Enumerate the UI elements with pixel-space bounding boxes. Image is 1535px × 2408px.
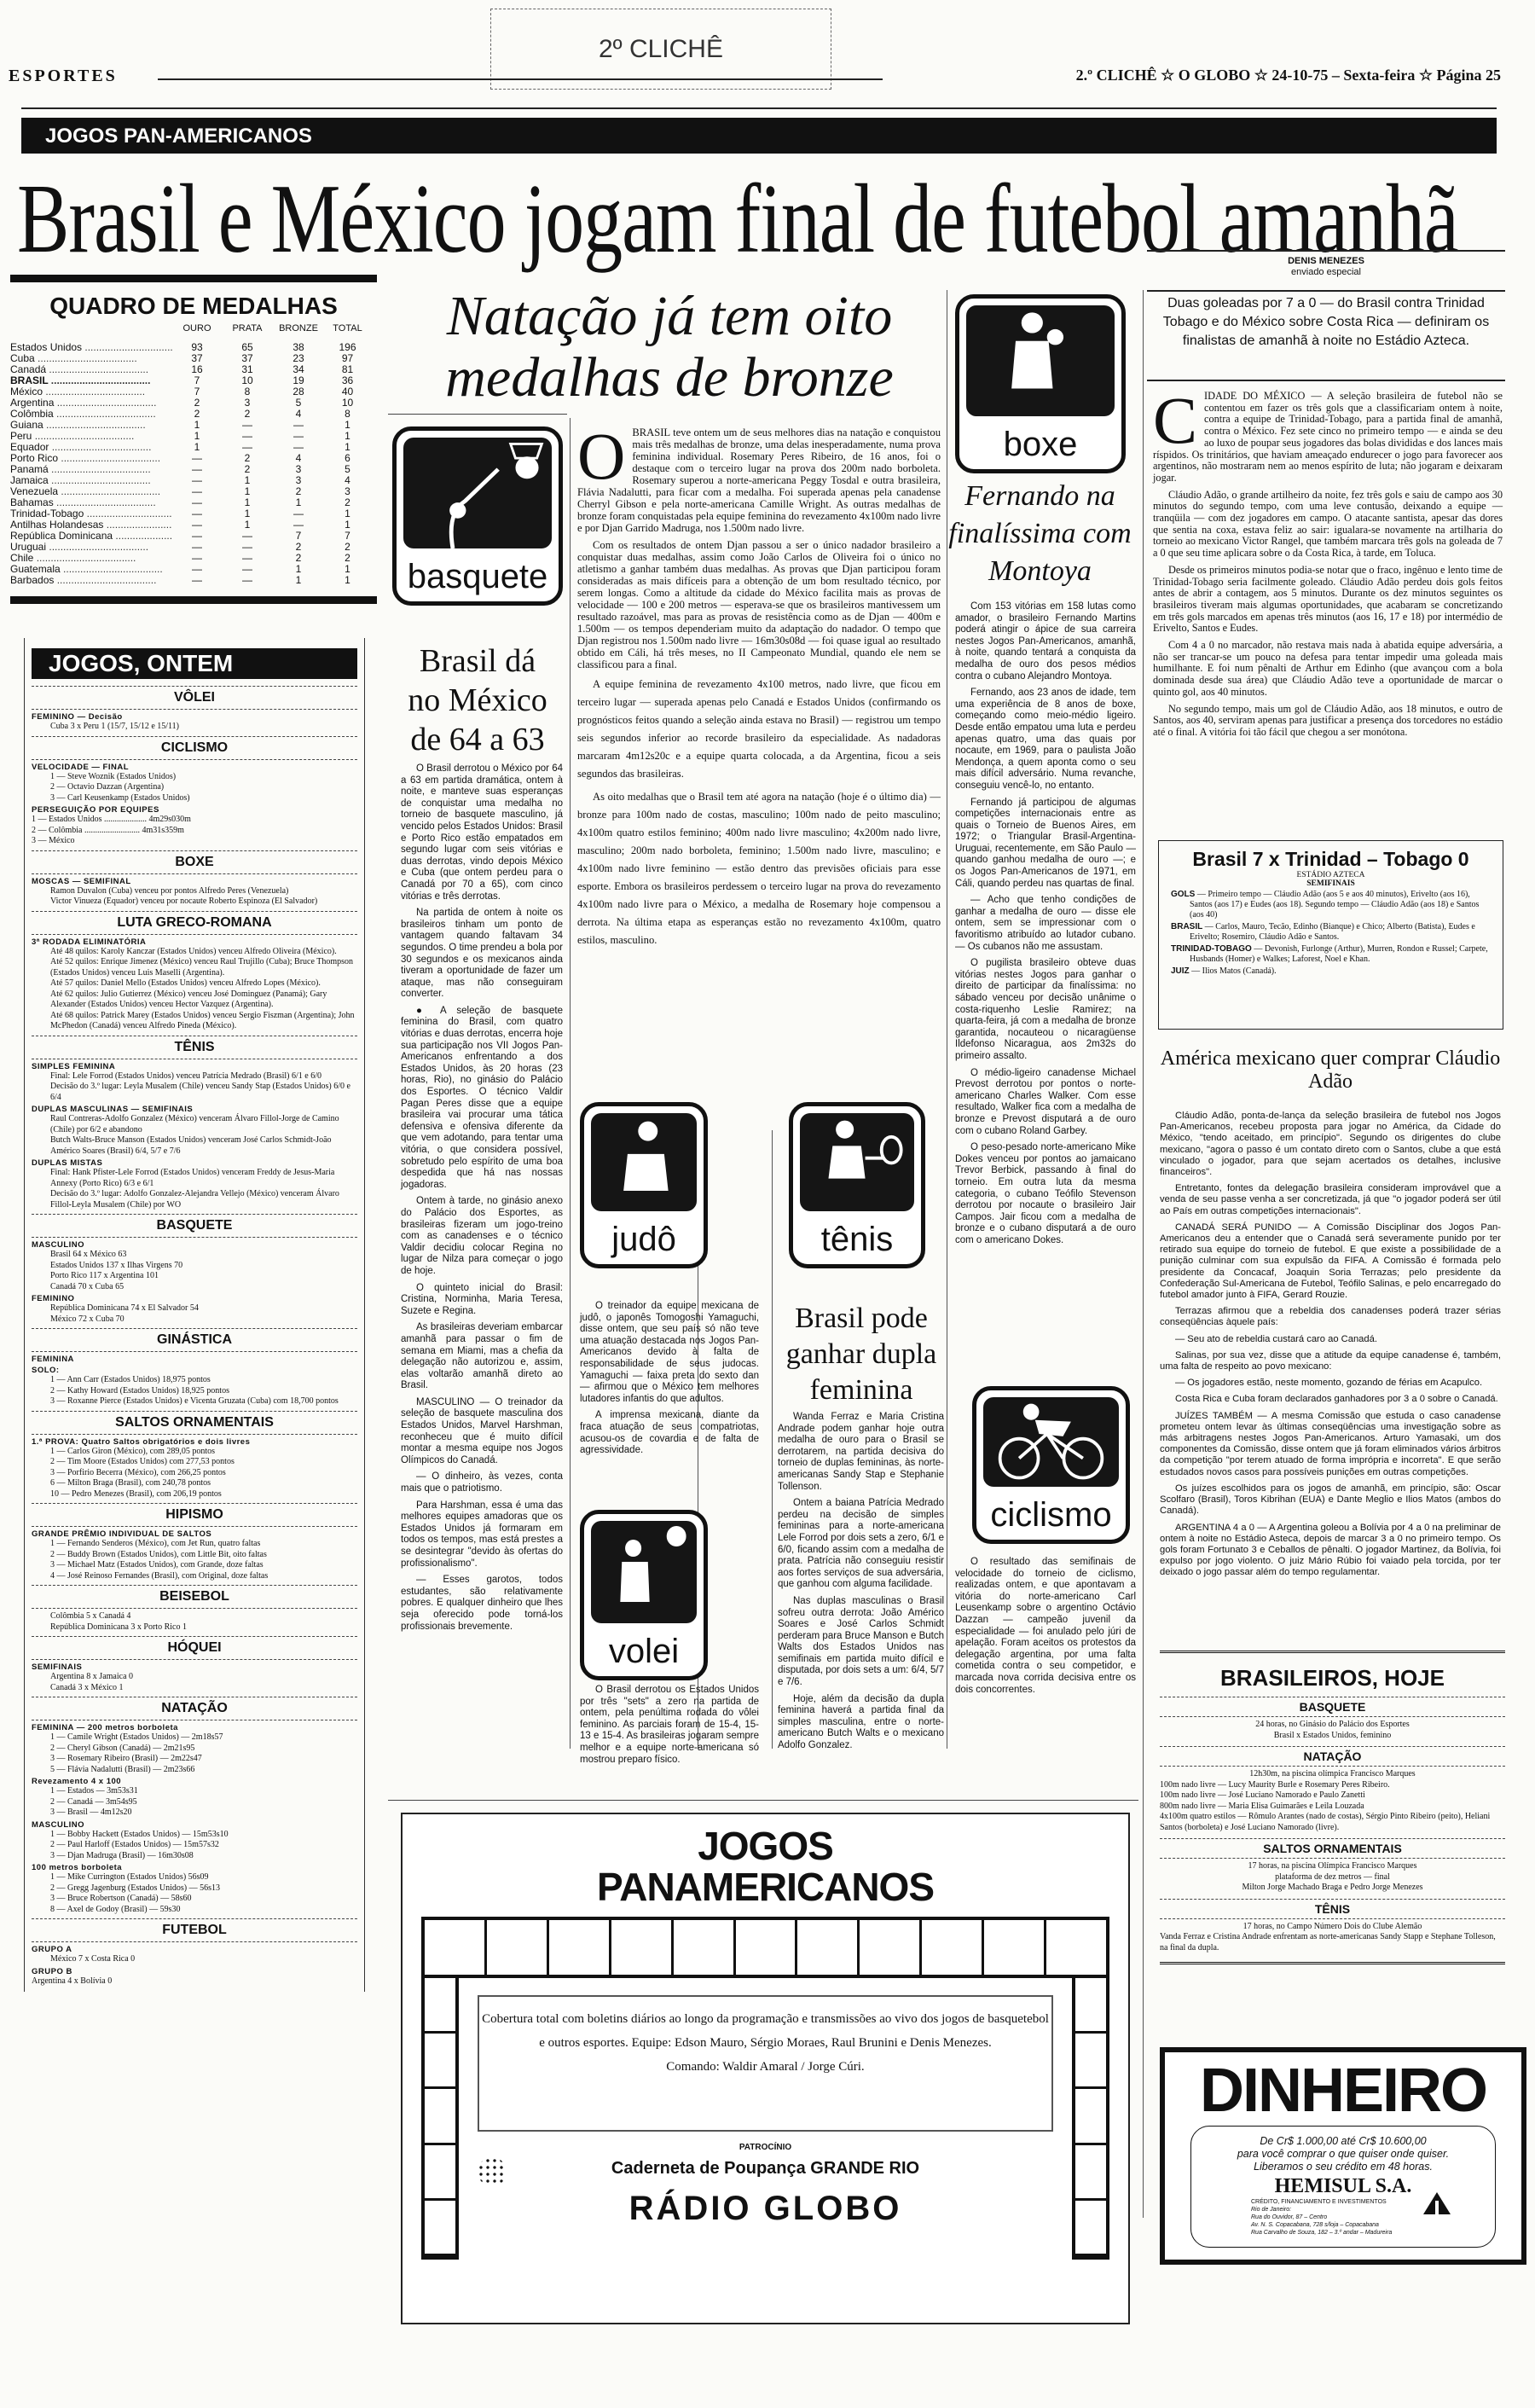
- result-subheading: 100 metros borboleta: [32, 1863, 357, 1872]
- byline-role: enviado especial: [1147, 267, 1505, 278]
- result-line: Até 57 quilos: Daniel Mello (Estados Uni…: [32, 978, 357, 989]
- paragraph: Fernando, aos 23 anos de idade, tem uma …: [955, 688, 1136, 792]
- result-line: Canadá 3 x México 1: [32, 1683, 357, 1694]
- country-name: Argentina: [10, 397, 172, 409]
- result-line: Ramon Duvalon (Cuba) venceu por pontos A…: [32, 886, 357, 897]
- country-name: BRASIL: [10, 375, 172, 386]
- paragraph: Na partida de ontem à noite os brasileir…: [401, 908, 563, 1001]
- result-line: 3 — Brasil — 4m12s20: [32, 1807, 357, 1819]
- hoje-sport-heading: NATAÇÃO: [1160, 1746, 1505, 1767]
- medal-row: Barbados——11: [10, 575, 377, 586]
- result-line: 3 — Carl Keusenkamp (Estados Unidos): [32, 793, 357, 804]
- tenis-label: tênis: [793, 1221, 921, 1259]
- hoje-line: plataforma de dez metros — final: [1160, 1872, 1505, 1883]
- hoje-sport-heading: TÊNIS: [1160, 1899, 1505, 1919]
- paragraph: A equipe feminina de revezamento 4x100 m…: [577, 676, 941, 783]
- jogos-panamericanos-ad: JOGOS PANAMERICANOS Cobertura total com …: [401, 1813, 1130, 2324]
- result-subheading: GRUPO B: [32, 1967, 357, 1976]
- country-name: Canadá: [10, 364, 172, 375]
- result-subheading: 1.ª PROVA: Quatro Saltos obrigatórios e …: [32, 1437, 357, 1447]
- dinheiro-ad-inner: De Cr$ 1.000,00 até Cr$ 10.600,00 para v…: [1190, 2126, 1496, 2248]
- football-icon: [797, 1920, 860, 1975]
- boxe-pictogram: boxe: [955, 294, 1126, 473]
- scorebox-venue: ESTÁDIO AZTECA: [1171, 871, 1491, 879]
- boxer-icon: [966, 305, 1115, 416]
- paragraph: Wanda Ferraz e Maria Cristina Andrade po…: [778, 1412, 944, 1493]
- col-bronze: BRONZE: [273, 323, 324, 334]
- paragraph: Com 4 a 0 no marcador, não restava mais …: [1153, 640, 1503, 699]
- dinheiro-line1: De Cr$ 1.000,00 até Cr$ 10.600,00: [1191, 2135, 1495, 2148]
- sport-heading: BOXE: [32, 850, 357, 874]
- result-line: 1 — Ann Carr (Estados Unidos) 18,975 pon…: [32, 1375, 357, 1386]
- column-rule: [947, 290, 947, 1749]
- match-scorebox: Brasil 7 x Trinidad – Tobago 0 ESTÁDIO A…: [1158, 840, 1503, 1030]
- medal-row: Colômbia2248: [10, 409, 377, 420]
- result-subheading: Revezamento 4 x 100: [32, 1777, 357, 1786]
- paragraph: MASCULINO — O treinador da seleção de ba…: [401, 1397, 563, 1467]
- divider: [1147, 380, 1505, 381]
- ad-copy-command: Comando: Waldir Amaral / Jorge Cúri.: [479, 2055, 1051, 2079]
- result-subheading: MASCULINO: [32, 1240, 357, 1250]
- result-line: Brasil 64 x México 63: [32, 1250, 357, 1261]
- hoje-line: 4x100m quatro estilos — Rômulo Arantes (…: [1160, 1812, 1505, 1833]
- result-line: 6 — Milton Braga (Brasil), com 240,78 po…: [32, 1478, 357, 1489]
- judo-article-body: O treinador da equipe mexicana de judô, …: [580, 1301, 759, 1462]
- dupla-article-body: Wanda Ferraz e Maria Cristina Andrade po…: [778, 1412, 944, 1757]
- result-line: 1 — Mike Currington (Estados Unidos) 56s…: [32, 1872, 357, 1883]
- futebol-article-body: C IDADE DO MÉXICO — A seleção brasileira…: [1153, 391, 1503, 744]
- col-total: TOTAL: [324, 323, 371, 334]
- country-name: Guiana: [10, 420, 172, 431]
- result-line: 3 — México: [32, 836, 357, 847]
- cyclist-icon: [983, 1397, 1119, 1487]
- paragraph: A imprensa mexicana, diante da fraca atu…: [580, 1410, 759, 1456]
- sport-heading: CICLISMO: [32, 736, 357, 760]
- sport-heading: NATAÇÃO: [32, 1697, 357, 1720]
- country-name: México: [10, 386, 172, 397]
- result-subheading: FEMININA: [32, 1355, 357, 1364]
- paragraph: O pugilista brasileiro obteve duas vitór…: [955, 958, 1136, 1062]
- result-subheading: VELOCIDADE — FINAL: [32, 763, 357, 772]
- scorebox-line: JUIZ — Ilios Matos (Canadá).: [1171, 966, 1491, 977]
- volleyball-icon: [922, 1920, 984, 1975]
- paragraph: CANADÁ SERÁ PUNIDO — A Comissão Discipli…: [1160, 1222, 1501, 1301]
- sport-heading: SALTOS ORNAMENTAIS: [32, 1411, 357, 1435]
- country-name: Barbados: [10, 575, 172, 586]
- result-line: México 72 x Cuba 70: [32, 1314, 357, 1326]
- result-line: 3 — Djan Madruga (Brasil) — 16m30s08: [32, 1851, 357, 1862]
- dropcap: C: [1153, 392, 1197, 449]
- result-line: 1 — Bobby Hackett (Estados Unidos) — 15m…: [32, 1830, 357, 1841]
- result-line: 3 — Rosemary Ribeiro (Brasil) — 2m22s47: [32, 1754, 357, 1765]
- hoje-line: Milton Jorge Machado Braga e Pedro Jorge…: [1160, 1883, 1505, 1894]
- result-line: Argentina 4 x Bolívia 0: [32, 1976, 357, 1987]
- basquete-article-body: O Brasil derrotou o México por 64 a 63 e…: [401, 763, 563, 1638]
- tennis-player-icon: [800, 1113, 914, 1211]
- cycling-icon: [1075, 2034, 1106, 2089]
- result-line: Decisão do 3.º lugar: Adolfo Gonzalez-Al…: [32, 1189, 357, 1210]
- natacao-headline: Natação já tem oito medalhas de bronze: [397, 286, 942, 409]
- paragraph: — Seu ato de rebeldia custará caro ao Ca…: [1160, 1334, 1501, 1345]
- result-line: 8 — Axel de Godoy (Brasil) — 59s30: [32, 1905, 357, 1916]
- result-line: 2 — Kathy Howard (Estados Unidos) 18,925…: [32, 1386, 357, 1397]
- result-line: 3 — Michael Matz (Estados Unidos), com G…: [32, 1560, 357, 1571]
- hoje-line: 17 horas, na piscina Olímpica Francisco …: [1160, 1861, 1505, 1872]
- sport-heading: TÊNIS: [32, 1036, 357, 1059]
- result-line: 1 — Fernando Senderos (México), com Jet …: [32, 1539, 357, 1550]
- country-name: Uruguai: [10, 542, 172, 553]
- hoje-sport-heading: BASQUETE: [1160, 1697, 1505, 1717]
- medal-table-body: Estados Unidos936538196Cuba37372397Canad…: [10, 342, 377, 586]
- boxe-label: boxe: [959, 426, 1121, 464]
- result-subheading: DUPLAS MASCULINAS — SEMIFINAIS: [32, 1105, 357, 1114]
- divider: [388, 414, 567, 415]
- sport-heading: BEISEBOL: [32, 1585, 357, 1609]
- scorebox-line: GOLS — Primeiro tempo — Cláudio Adão (ao…: [1171, 890, 1491, 920]
- paragraph: — Esses garotos, todos estudantes, são r…: [401, 1575, 563, 1633]
- scorebox-text: — Primeiro tempo — Cláudio Adão (aos 5 e…: [1190, 890, 1479, 920]
- archery-icon: [1075, 2089, 1106, 2144]
- result-line: República Dominicana 74 x El Salvador 54: [32, 1303, 357, 1314]
- divider: [388, 1800, 1138, 1801]
- country-name: Jamaica: [10, 475, 172, 486]
- dinheiro-ad: DINHEIRO De Cr$ 1.000,00 até Cr$ 10.600,…: [1160, 2047, 1526, 2265]
- result-line: 1 — Camile Wright (Estados Unidos) — 2m1…: [32, 1732, 357, 1744]
- sponsor-label: PATROCÍNIO: [403, 2143, 1128, 2152]
- result-line: Estados Unidos 137 x Ilhas Virgens 70: [32, 1261, 357, 1272]
- result-line: Cuba 3 x Peru 1 (15/7, 15/12 e 15/11): [32, 722, 357, 733]
- paragraph: Com 153 vitórias em 158 lutas como amado…: [955, 601, 1136, 682]
- paragraph: O peso-pesado norte-americano Mike Dokes…: [955, 1142, 1136, 1246]
- results-banner: JOGOS, ONTEM: [32, 648, 357, 679]
- result-line: Decisão do 3.º lugar: Leyla Musalem (Chi…: [32, 1082, 357, 1103]
- boxe-headline: Fernando na finalíssima com Montoya: [948, 478, 1132, 590]
- scorebox-line: BRASIL — Carlos, Mauro, Tecão, Edinho (B…: [1171, 922, 1491, 943]
- result-line: 3 — Porfirio Becerra (México), com 266,2…: [32, 1468, 357, 1479]
- column-rule: [1143, 290, 1144, 2218]
- scorebox-text: — Carlos, Mauro, Tecão, Edinho (Bianque)…: [1190, 922, 1475, 942]
- judo-icon: [984, 1920, 1046, 1975]
- basquete-headline: Brasil dá no México de 64 a 63: [401, 641, 554, 759]
- country-name: Bahamas: [10, 497, 172, 508]
- result-line: 3 — Bruce Robertson (Canadá) — 58s60: [32, 1894, 357, 1905]
- result-line: Colômbia 5 x Canadá 4: [32, 1611, 357, 1622]
- banner-rule-top: [21, 107, 1497, 109]
- volei-pictogram: volei: [580, 1510, 708, 1680]
- country-name: Cuba: [10, 353, 172, 364]
- basquete-label: basquete: [397, 558, 559, 596]
- hoje-line: 100m nado livre — José Luciano Namorado …: [1160, 1790, 1505, 1802]
- paragraph: Terrazas afirmou que a rebeldia dos cana…: [1160, 1306, 1501, 1328]
- basketball-player-icon: [403, 438, 552, 548]
- country-name: Estados Unidos: [10, 342, 172, 353]
- hoje-line: 800m nado livre — Maria Elisa Guimarães …: [1160, 1802, 1505, 1813]
- medal-bronze: 1: [273, 575, 324, 586]
- result-line: 2 — Canadá — 3m54s95: [32, 1797, 357, 1808]
- result-line: Raul Contreras-Adolfo Gonzalez (México) …: [32, 1114, 357, 1135]
- paragraph: As oito medalhas que o Brasil tem até ag…: [577, 788, 941, 949]
- result-subheading: FEMININO: [32, 1294, 357, 1303]
- paragraph: Ontem à tarde, no ginásio anexo do Palác…: [401, 1196, 563, 1277]
- dinheiro-line3: Liberamos o seu crédito em 48 horas.: [1191, 2161, 1495, 2173]
- paragraph: IDADE DO MÉXICO — A seleção brasileira d…: [1153, 391, 1503, 485]
- country-name: Guatemala: [10, 564, 172, 575]
- hoje-line: 100m nado livre — Lucy Maurity Burle e R…: [1160, 1780, 1505, 1791]
- equestrian-icon: [425, 1978, 455, 2034]
- scorebox-label: BRASIL: [1171, 922, 1202, 931]
- judoka-icon: [591, 1113, 697, 1211]
- edition-stamp: 2º CLICHÊ: [490, 9, 831, 90]
- sport-heading: VÔLEI: [32, 686, 357, 710]
- result-line: 5 — Flávia Nadalutti (Brasil) — 2m23s66: [32, 1765, 357, 1776]
- column-rule: [570, 418, 571, 1749]
- paragraph: Com os resultados de ontem Djan passou a…: [577, 539, 941, 670]
- ciclismo-pictogram: ciclismo: [972, 1386, 1130, 1544]
- hoje-line: 12h30m, na piscina olímpica Francisco Ma…: [1160, 1769, 1505, 1780]
- paragraph: Cláudio Adão, o grande artilheiro da noi…: [1153, 490, 1503, 560]
- scorebox-text: — Ilios Matos (Canadá).: [1191, 966, 1276, 976]
- ad-title-line1: JOGOS: [403, 1826, 1128, 1865]
- ciclismo-article-body: O resultado das semifinais de velocidade…: [955, 1557, 1136, 1701]
- medal-row: Canadá16313481: [10, 364, 377, 375]
- result-subheading: 3ª RODADA ELIMINATÓRIA: [32, 937, 357, 947]
- judo-label: judô: [584, 1221, 704, 1259]
- basketball-icon: [674, 1920, 736, 1975]
- country-name: Peru: [10, 431, 172, 442]
- country-name: Venezuela: [10, 486, 172, 497]
- judo-pictogram: judô: [580, 1102, 708, 1268]
- result-subheading: FEMININO — Decisão: [32, 712, 357, 722]
- folio-line: 2.º CLICHÊ ☆ O GLOBO ☆ 24-10-75 – Sexta-…: [1076, 67, 1501, 84]
- result-line: 2 — Paul Harloff (Estados Unidos) — 15m5…: [32, 1840, 357, 1851]
- section-banner: JOGOS PAN-AMERICANOS: [21, 118, 1497, 154]
- dropcap: O: [577, 428, 625, 485]
- medal-top-bar: [10, 275, 377, 282]
- result-line: Final: Hank Pfister-Lele Forrod (Estados…: [32, 1168, 357, 1189]
- country-name: Equador: [10, 442, 172, 453]
- ciclismo-label: ciclismo: [976, 1496, 1126, 1535]
- hemisul-address: Rua do Ouvidor, 87 – Centro: [1191, 2214, 1495, 2221]
- scorebox-label: GOLS: [1171, 890, 1195, 899]
- paragraph: Nas duplas masculinas o Brasil sofreu ou…: [778, 1596, 944, 1689]
- natacao-article-body: O BRASIL teve ontem um de seus melhores …: [577, 426, 941, 954]
- hoje-sport-heading: SALTOS ORNAMENTAIS: [1160, 1838, 1505, 1859]
- rowing-icon: [549, 1920, 611, 1975]
- medal-silver: —: [222, 575, 273, 586]
- result-line: 2 — Cheryl Gibson (Canadá) — 2m21s95: [32, 1744, 357, 1755]
- brasileiros-hoje-box: BRASILEIROS, HOJE BASQUETE24 horas, no G…: [1160, 1651, 1505, 1964]
- paragraph: O Brasil derrotou o México por 64 a 63 e…: [401, 763, 563, 902]
- section-label: ESPORTES: [9, 67, 118, 86]
- paragraph: O treinador da equipe mexicana de judô, …: [580, 1301, 759, 1405]
- result-line: 3 — Roxanne Pierce (Estados Unidos) e Vi…: [32, 1396, 357, 1407]
- result-subheading: FEMININA — 200 metros borboleta: [32, 1723, 357, 1732]
- result-line: República Dominicana 3 x Porto Rico 1: [32, 1622, 357, 1633]
- hoje-title: BRASILEIROS, HOJE: [1160, 1651, 1505, 1691]
- volei-article-body: O Brasil derrotou os Estados Unidos por …: [580, 1685, 759, 1771]
- medal-row: Guiana1——1: [10, 420, 377, 431]
- result-line: Butch Walts-Bruce Manson (Estados Unidos…: [32, 1135, 357, 1157]
- column-rule: [772, 1130, 773, 1749]
- paragraph: — Os jogadores estão, neste momento, goz…: [1160, 1378, 1501, 1389]
- sponsor-name: Caderneta de Poupança GRANDE RIO: [403, 2159, 1128, 2179]
- radio-globo-logo: RÁDIO GLOBO: [403, 2190, 1128, 2228]
- country-name: Trinidad-Tobago: [10, 508, 172, 519]
- result-line: 2 — Octavio Dazzan (Argentina): [32, 782, 357, 793]
- paragraph: Fernando já participou de algumas compet…: [955, 798, 1136, 891]
- result-line: Até 52 quilos: Enrique Jimenez (México) …: [32, 957, 357, 978]
- sport-heading: HÓQUEI: [32, 1636, 357, 1660]
- ad-copy-text: Cobertura total com boletins diários ao …: [479, 2007, 1051, 2055]
- result-line: Até 48 quilos: Karoly Kanczar (Estados U…: [32, 947, 357, 958]
- medal-row: Argentina23510: [10, 397, 377, 409]
- hoje-line: 24 horas, no Ginásio do Palácio dos Espo…: [1160, 1720, 1505, 1731]
- scorebox-lines: GOLS — Primeiro tempo — Cláudio Adão (ao…: [1171, 890, 1491, 977]
- hemisul-logo-icon: [1423, 2192, 1451, 2214]
- boxe-article-body: Com 153 vitórias em 158 lutas como amado…: [955, 601, 1136, 1251]
- hoje-body: BASQUETE24 horas, no Ginásio do Palácio …: [1160, 1697, 1505, 1953]
- medal-table-header: OURO PRATA BRONZE TOTAL: [10, 323, 377, 334]
- result-subheading: DUPLAS MISTAS: [32, 1158, 357, 1168]
- medal-table: QUADRO DE MEDALHAS OURO PRATA BRONZE TOT…: [10, 275, 377, 604]
- medal-row: BRASIL7101936: [10, 375, 377, 386]
- hoje-line: Vanda Ferraz e Cristina Andrade enfrenta…: [1160, 1932, 1505, 1953]
- ad-copy: Cobertura total com boletins diários ao …: [478, 1995, 1053, 2132]
- divider: [1147, 290, 1505, 292]
- swimming-icon: [425, 1920, 487, 1975]
- medal-row: México782840: [10, 386, 377, 397]
- result-line: 2 — Gregg Jagenburg (Estados Unidos) — 5…: [32, 1883, 357, 1894]
- paragraph: O Brasil derrotou os Estados Unidos por …: [580, 1685, 759, 1766]
- futebol-deck: Duas goleadas por 7 a 0 — do Brasil cont…: [1147, 294, 1505, 351]
- result-line: Até 68 quilos: Patrick Marey (Estados Un…: [32, 1011, 357, 1032]
- paragraph: Ontem a baiana Patrícia Medrado perdeu n…: [778, 1498, 944, 1591]
- hoje-line: Brasil x Estados Unidos, feminino: [1160, 1731, 1505, 1742]
- result-subheading: SIMPLES FEMININA: [32, 1062, 357, 1071]
- paragraph: O quinteto inicial do Brasil: Cristina, …: [401, 1283, 563, 1318]
- medal-row: Peru1——1: [10, 431, 377, 442]
- paragraph: No segundo tempo, mais um gol de Cláudio…: [1153, 704, 1503, 739]
- basquete-pictogram: basquete: [392, 426, 563, 606]
- result-line: Porto Rico 117 x Argentina 101: [32, 1271, 357, 1282]
- paragraph: Entretanto, fontes da delegação brasilei…: [1160, 1183, 1501, 1217]
- result-line: Final: Lele Forrod (Estados Unidos) venc…: [32, 1071, 357, 1082]
- result-line: 2 — Colômbia .......................... …: [32, 826, 357, 837]
- ad-title-line2: PANAMERICANOS: [403, 1867, 1128, 1906]
- wrestling-icon: [487, 1920, 549, 1975]
- medal-total: 1: [324, 575, 371, 586]
- paragraph: BRASIL teve ontem um de seus melhores di…: [577, 426, 941, 534]
- country-name: Chile: [10, 553, 172, 564]
- paragraph: O médio-ligeiro canadense Michael Prevos…: [955, 1068, 1136, 1138]
- results-column: JOGOS, ONTEM VÔLEIFEMININO — DecisãoCuba…: [24, 638, 365, 1992]
- result-subheading: PERSEGUIÇÃO POR EQUIPES: [32, 805, 357, 815]
- paragraph: Salinas, por sua vez, disse que a atitud…: [1160, 1350, 1501, 1372]
- paragraph: — O dinheiro, às vezes, conta mais que o…: [401, 1471, 563, 1494]
- dinheiro-headline: DINHEIRO: [1165, 2057, 1521, 2124]
- paragraph: Desde os primeiros minutos podia-se nota…: [1153, 565, 1503, 635]
- medal-gold: —: [172, 575, 222, 586]
- volei-label: volei: [584, 1633, 704, 1671]
- sport-heading: GINÁSTICA: [32, 1328, 357, 1352]
- paragraph: — Acho que tenho condições de ganhar a m…: [955, 895, 1136, 953]
- waterpolo-icon: [1046, 1920, 1106, 1975]
- scorebox-label: TRINIDAD-TOBAGO: [1171, 944, 1252, 954]
- sport-heading: BASQUETE: [32, 1214, 357, 1238]
- america-headline: América mexicano quer comprar Cláudio Ad…: [1160, 1047, 1501, 1094]
- result-line: 1 — Carlos Giron (México), com 289,05 po…: [32, 1447, 357, 1458]
- paragraph: As brasileiras deveriam embarcar amanhã …: [401, 1322, 563, 1392]
- scorebox-label: JUIZ: [1171, 966, 1190, 976]
- handball-icon: [860, 1920, 922, 1975]
- fencing-icon: [1075, 1978, 1106, 2034]
- result-subheading: GRUPO A: [32, 1945, 357, 1954]
- scorebox-title: Brasil 7 x Trinidad – Tobago 0: [1171, 848, 1491, 871]
- results-body: VÔLEIFEMININO — DecisãoCuba 3 x Peru 1 (…: [32, 686, 357, 1987]
- result-subheading: MASCULINO: [32, 1820, 357, 1830]
- edition-stamp-text: 2º CLICHÊ: [599, 35, 723, 63]
- canoeing-icon: [611, 1920, 674, 1975]
- paragraph: Hoje, além da decisão da dupla feminina …: [778, 1694, 944, 1752]
- result-line: 4 — José Reinoso Fernandes (Brasil), com…: [32, 1571, 357, 1582]
- volleyball-player-icon: [591, 1521, 697, 1623]
- america-article-body: Cláudio Adão, ponta-de-lança da seleção …: [1160, 1111, 1501, 1584]
- paragraph: Cláudio Adão, ponta-de-lança da seleção …: [1160, 1111, 1501, 1178]
- dinheiro-line2: para você comprar o que quiser onde quis…: [1191, 2148, 1495, 2161]
- boxing-icon: [736, 1920, 798, 1975]
- country-name: Panamá: [10, 464, 172, 475]
- result-line: Canadá 70 x Cuba 65: [32, 1282, 357, 1293]
- tenis-pictogram: tênis: [789, 1102, 925, 1268]
- divider: [1147, 250, 1505, 252]
- byline: DENIS MENEZES enviado especial: [1147, 256, 1505, 278]
- sport-pictogram-strip: [421, 1917, 1109, 1978]
- scorebox-stage: SEMIFINAIS: [1171, 879, 1491, 888]
- result-line: 10 — Pedro Menezes (Brasil), com 206,19 …: [32, 1489, 357, 1500]
- medal-bottom-bar: [10, 596, 377, 604]
- divider: [1160, 1962, 1505, 1964]
- result-subheading: SEMIFINAIS: [32, 1662, 357, 1672]
- dupla-headline: Brasil pode ganhar dupla feminina: [772, 1301, 951, 1408]
- col-ouro: OURO: [172, 323, 222, 334]
- weightlifting-icon: [425, 2089, 455, 2144]
- result-line: 1 — Estados Unidos .................... …: [32, 815, 357, 826]
- result-line: Argentina 8 x Jamaica 0: [32, 1672, 357, 1683]
- result-subheading: GRANDE PRÊMIO INDIVIDUAL DE SALTOS: [32, 1529, 357, 1539]
- hoje-line: 17 horas, no Campo Número Dois do Clube …: [1160, 1922, 1505, 1933]
- country-name: Porto Rico: [10, 453, 172, 464]
- result-line: Até 62 quilos: Julio Gutierrez (México) …: [32, 989, 357, 1011]
- paragraph: O resultado das semifinais de velocidade…: [955, 1557, 1136, 1696]
- result-subheading: SOLO:: [32, 1366, 357, 1375]
- result-line: 2 — Buddy Brown (Estados Unidos), com Li…: [32, 1550, 357, 1561]
- country-name: Colômbia: [10, 409, 172, 420]
- sport-heading: FUTEBOL: [32, 1918, 357, 1942]
- paragraph: Costa Rica e Cuba foram declarados ganha…: [1160, 1394, 1501, 1405]
- result-line: 1 — Estados — 3m53s31: [32, 1786, 357, 1797]
- sport-heading: HIPISMO: [32, 1503, 357, 1527]
- result-line: México 7 x Costa Rica 0: [32, 1954, 357, 1965]
- col-prata: PRATA: [222, 323, 273, 334]
- hemisul-address: Av. N. S. Copacabana, 728 s/loja – Copac…: [1191, 2221, 1495, 2229]
- paragraph: ● A seleção de basquete feminina do Bras…: [401, 1006, 563, 1192]
- scorebox-line: TRINIDAD-TOBAGO — Devonish, Furlonge (Ar…: [1171, 944, 1491, 965]
- paragraph: ARGENTINA 4 a 0 — A Argentina goleou a B…: [1160, 1523, 1501, 1579]
- country-name: Antilhas Holandesas: [10, 519, 172, 531]
- paragraph: Para Harshman, essa é uma das melhores e…: [401, 1500, 563, 1570]
- result-line: 2 — Tim Moore (Estados Unidos) com 277,5…: [32, 1457, 357, 1468]
- result-line: 1 — Steve Woznik (Estados Unidos): [32, 772, 357, 783]
